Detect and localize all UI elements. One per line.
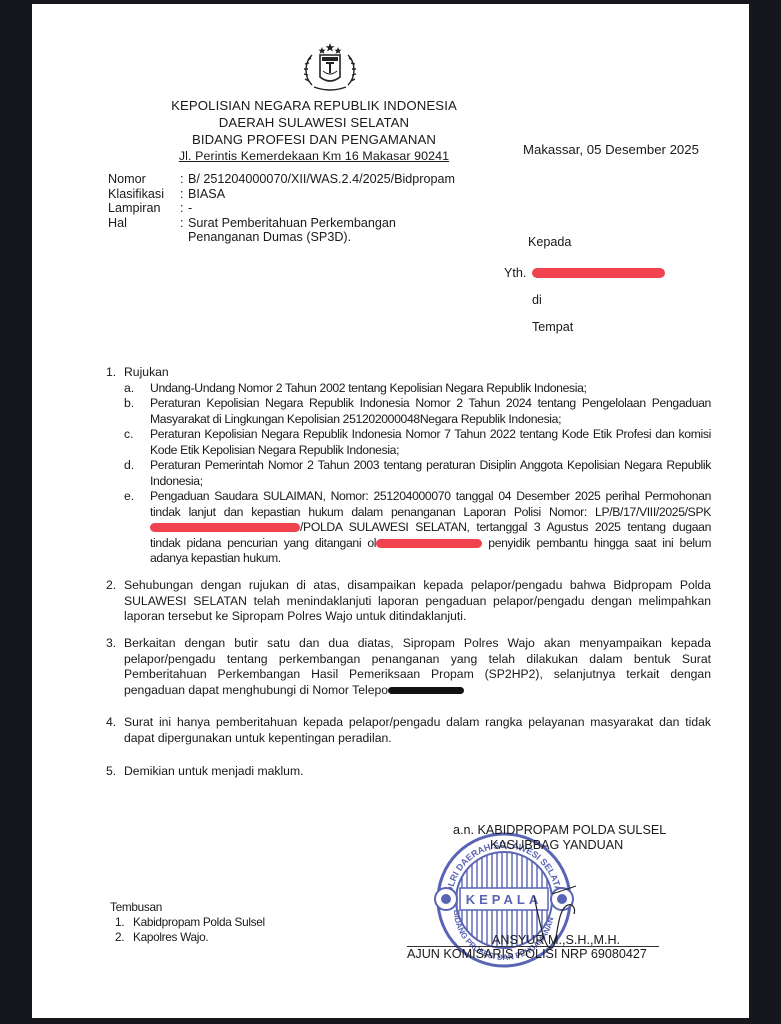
org-region: DAERAH SULAWESI SELATAN (144, 114, 484, 131)
section-rujukan: 1. Rujukan a. Undang-Undang Nomor 2 Tahu… (106, 365, 711, 567)
org-address: Jl. Perintis Kemerdekaan Km 16 Makasar 9… (144, 148, 484, 165)
meta-label: Klasifikasi (108, 187, 180, 202)
paragraph-5: 5. Demikian untuk menjadi maklum. (106, 764, 711, 780)
meta-label: Lampiran (108, 201, 180, 216)
recipient-di: di (532, 293, 542, 307)
redaction-mark-phone (388, 687, 464, 694)
org-division: BIDANG PROFESI DAN PENGAMANAN (144, 131, 484, 148)
redaction-mark-investigator (376, 539, 482, 548)
meta-value: BIASA (188, 187, 225, 202)
reference-item: c. Peraturan Kepolisian Negara Republik … (124, 427, 711, 458)
meta-label: Hal (108, 216, 180, 245)
letter-meta: Nomor : B/ 251204000070/XII/WAS.2.4/2025… (108, 172, 455, 245)
org-name: KEPOLISIAN NEGARA REPUBLIK INDONESIA (144, 97, 484, 114)
tembusan-item: 1. Kabidpropam Polda Sulsel (115, 915, 265, 930)
meta-value: B/ 251204000070/XII/WAS.2.4/2025/Bidprop… (188, 172, 455, 187)
paragraph-3: 3. Berkaitan dengan butir satu dan dua d… (106, 636, 711, 698)
meta-row-nomor: Nomor : B/ 251204000070/XII/WAS.2.4/2025… (108, 172, 455, 187)
redaction-mark-recipient (532, 268, 665, 278)
tembusan-list: Tembusan 1. Kabidpropam Polda Sulsel 2. … (110, 900, 265, 945)
meta-label: Nomor (108, 172, 180, 187)
meta-row-hal: Hal : Surat Pemberitahuan Perkembangan P… (108, 216, 455, 245)
letter-page: KEPOLISIAN NEGARA REPUBLIK INDONESIA DAE… (32, 4, 749, 1018)
section-number: 1. (106, 365, 116, 381)
meta-value: Surat Pemberitahuan Perkembangan Penanga… (188, 216, 396, 245)
police-emblem-icon (300, 41, 360, 93)
signature-on-behalf: a.n. KABIDPROPAM POLDA SULSEL (453, 824, 666, 837)
redaction-mark-lp-number (150, 523, 300, 532)
recipient-tempat: Tempat (532, 320, 573, 334)
reference-item: b. Peraturan Kepolisian Negara Republik … (124, 396, 711, 427)
paragraph-2: 2. Sehubungan dengan rujukan di atas, di… (106, 578, 711, 625)
section-title: Rujukan (124, 365, 711, 381)
paragraph-4: 4. Surat ini hanya pemberitahuan kepada … (106, 715, 711, 746)
recipient-kepada: Kepada (528, 235, 571, 249)
meta-row-lampiran: Lampiran : - (108, 201, 455, 216)
svg-text:KEPALA: KEPALA (466, 892, 542, 907)
signature-title: KASUBBAG YANDUAN (490, 839, 623, 852)
reference-item: a. Undang-Undang Nomor 2 Tahun 2002 tent… (124, 381, 711, 397)
reference-item: e. Pengaduan Saudara SULAIMAN, Nomor: 25… (124, 489, 711, 567)
reference-item: d. Peraturan Pemerintah Nomor 2 Tahun 20… (124, 458, 711, 489)
tembusan-title: Tembusan (110, 900, 265, 915)
tembusan-item: 2. Kapolres Wajo. (115, 930, 265, 945)
meta-value: - (188, 201, 192, 216)
meta-row-klasifikasi: Klasifikasi : BIASA (108, 187, 455, 202)
place-date: Makassar, 05 Desember 2025 (523, 142, 699, 157)
recipient-yth: Yth. (504, 266, 526, 280)
signatory-rank: AJUN KOMISARIS POLISI NRP 69080427 (407, 948, 647, 961)
letterhead: KEPOLISIAN NEGARA REPUBLIK INDONESIA DAE… (144, 97, 484, 165)
